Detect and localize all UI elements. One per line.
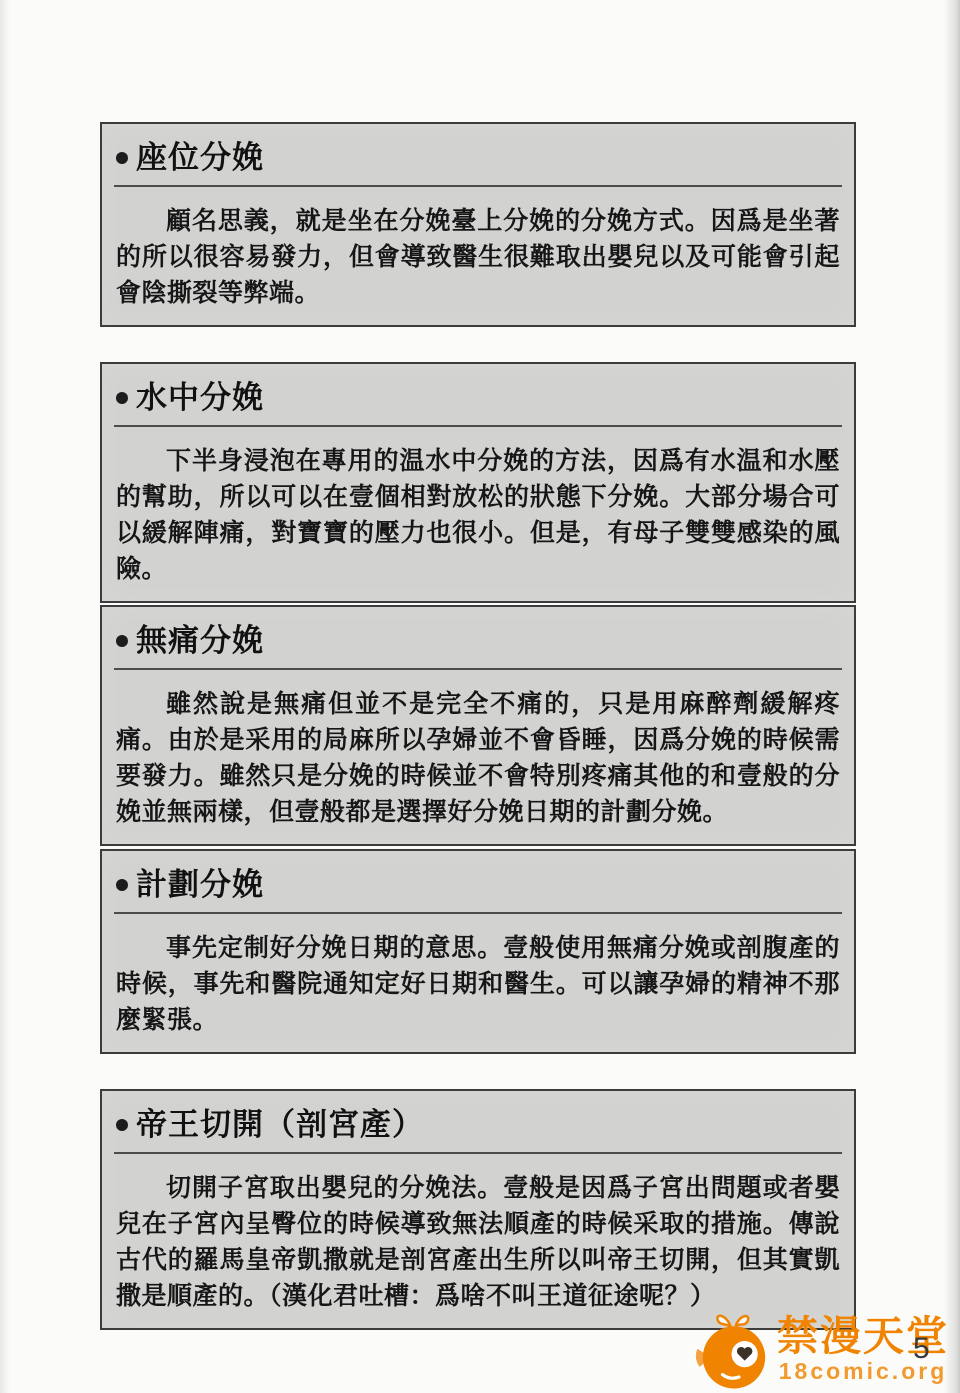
bullet-icon [116,635,128,647]
section-body: 顧名思義，就是坐在分娩臺上分娩的分娩方式。因爲是坐著的所以很容易發力，但會導致醫… [102,187,854,325]
bullet-icon [116,1119,128,1131]
section-body: 雖然說是無痛但並不是完全不痛的，只是用麻醉劑緩解疼痛。由於是采用的局麻所以孕婦並… [102,670,854,844]
section-title-text: 帝王切開（剖宮產） [136,1106,424,1143]
glossary-section-planned-birth: 計劃分娩 事先定制好分娩日期的意思。壹般使用無痛分娩或剖腹產的時候，事先和醫院通… [100,849,856,1054]
glossary-section-painless-birth: 無痛分娩 雖然說是無痛但並不是完全不痛的，只是用麻醉劑緩解疼痛。由於是采用的局麻… [100,605,856,846]
section-title-text: 水中分娩 [136,379,264,416]
section-title-text: 計劃分娩 [136,866,264,903]
whale-mascot-icon [693,1308,775,1392]
glossary-section-water-birth: 水中分娩 下半身浸泡在專用的温水中分娩的方法，因爲有水温和水壓的幫助，所以可以在… [100,362,856,603]
bullet-icon [116,879,128,891]
scanned-glossary-page: { "sections": [ { "title": "座位分娩", "body… [0,0,960,1393]
section-title-text: 無痛分娩 [136,622,264,659]
section-body: 下半身浸泡在專用的温水中分娩的方法，因爲有水温和水壓的幫助，所以可以在壹個相對放… [102,427,854,601]
section-title-text: 座位分娩 [136,139,264,176]
section-title: 無痛分娩 [102,607,854,659]
section-title: 座位分娩 [102,124,854,176]
section-title: 水中分娩 [102,364,854,416]
site-watermark: 禁漫天堂 18comic.org [693,1308,949,1392]
glossary-section-seated-birth: 座位分娩 顧名思義，就是坐在分娩臺上分娩的分娩方式。因爲是坐著的所以很容易發力，… [100,122,856,327]
scan-shadow-left [0,0,10,1393]
glossary-section-cesarean: 帝王切開（剖宮產） 切開子宮取出嬰兒的分娩法。壹般是因爲子宮出問題或者嬰兒在子宮… [100,1089,856,1330]
section-body: 切開子宮取出嬰兒的分娩法。壹般是因爲子宮出問題或者嬰兒在子宮內呈臀位的時候導致無… [102,1154,854,1328]
bullet-icon [116,392,128,404]
section-title: 帝王切開（剖宮產） [102,1091,854,1143]
section-body: 事先定制好分娩日期的意思。壹般使用無痛分娩或剖腹產的時候，事先和醫院通知定好日期… [102,914,854,1052]
page-number: 5 [913,1332,930,1366]
bullet-icon [116,152,128,164]
section-title: 計劃分娩 [102,851,854,903]
scan-shadow-right [944,0,960,1393]
